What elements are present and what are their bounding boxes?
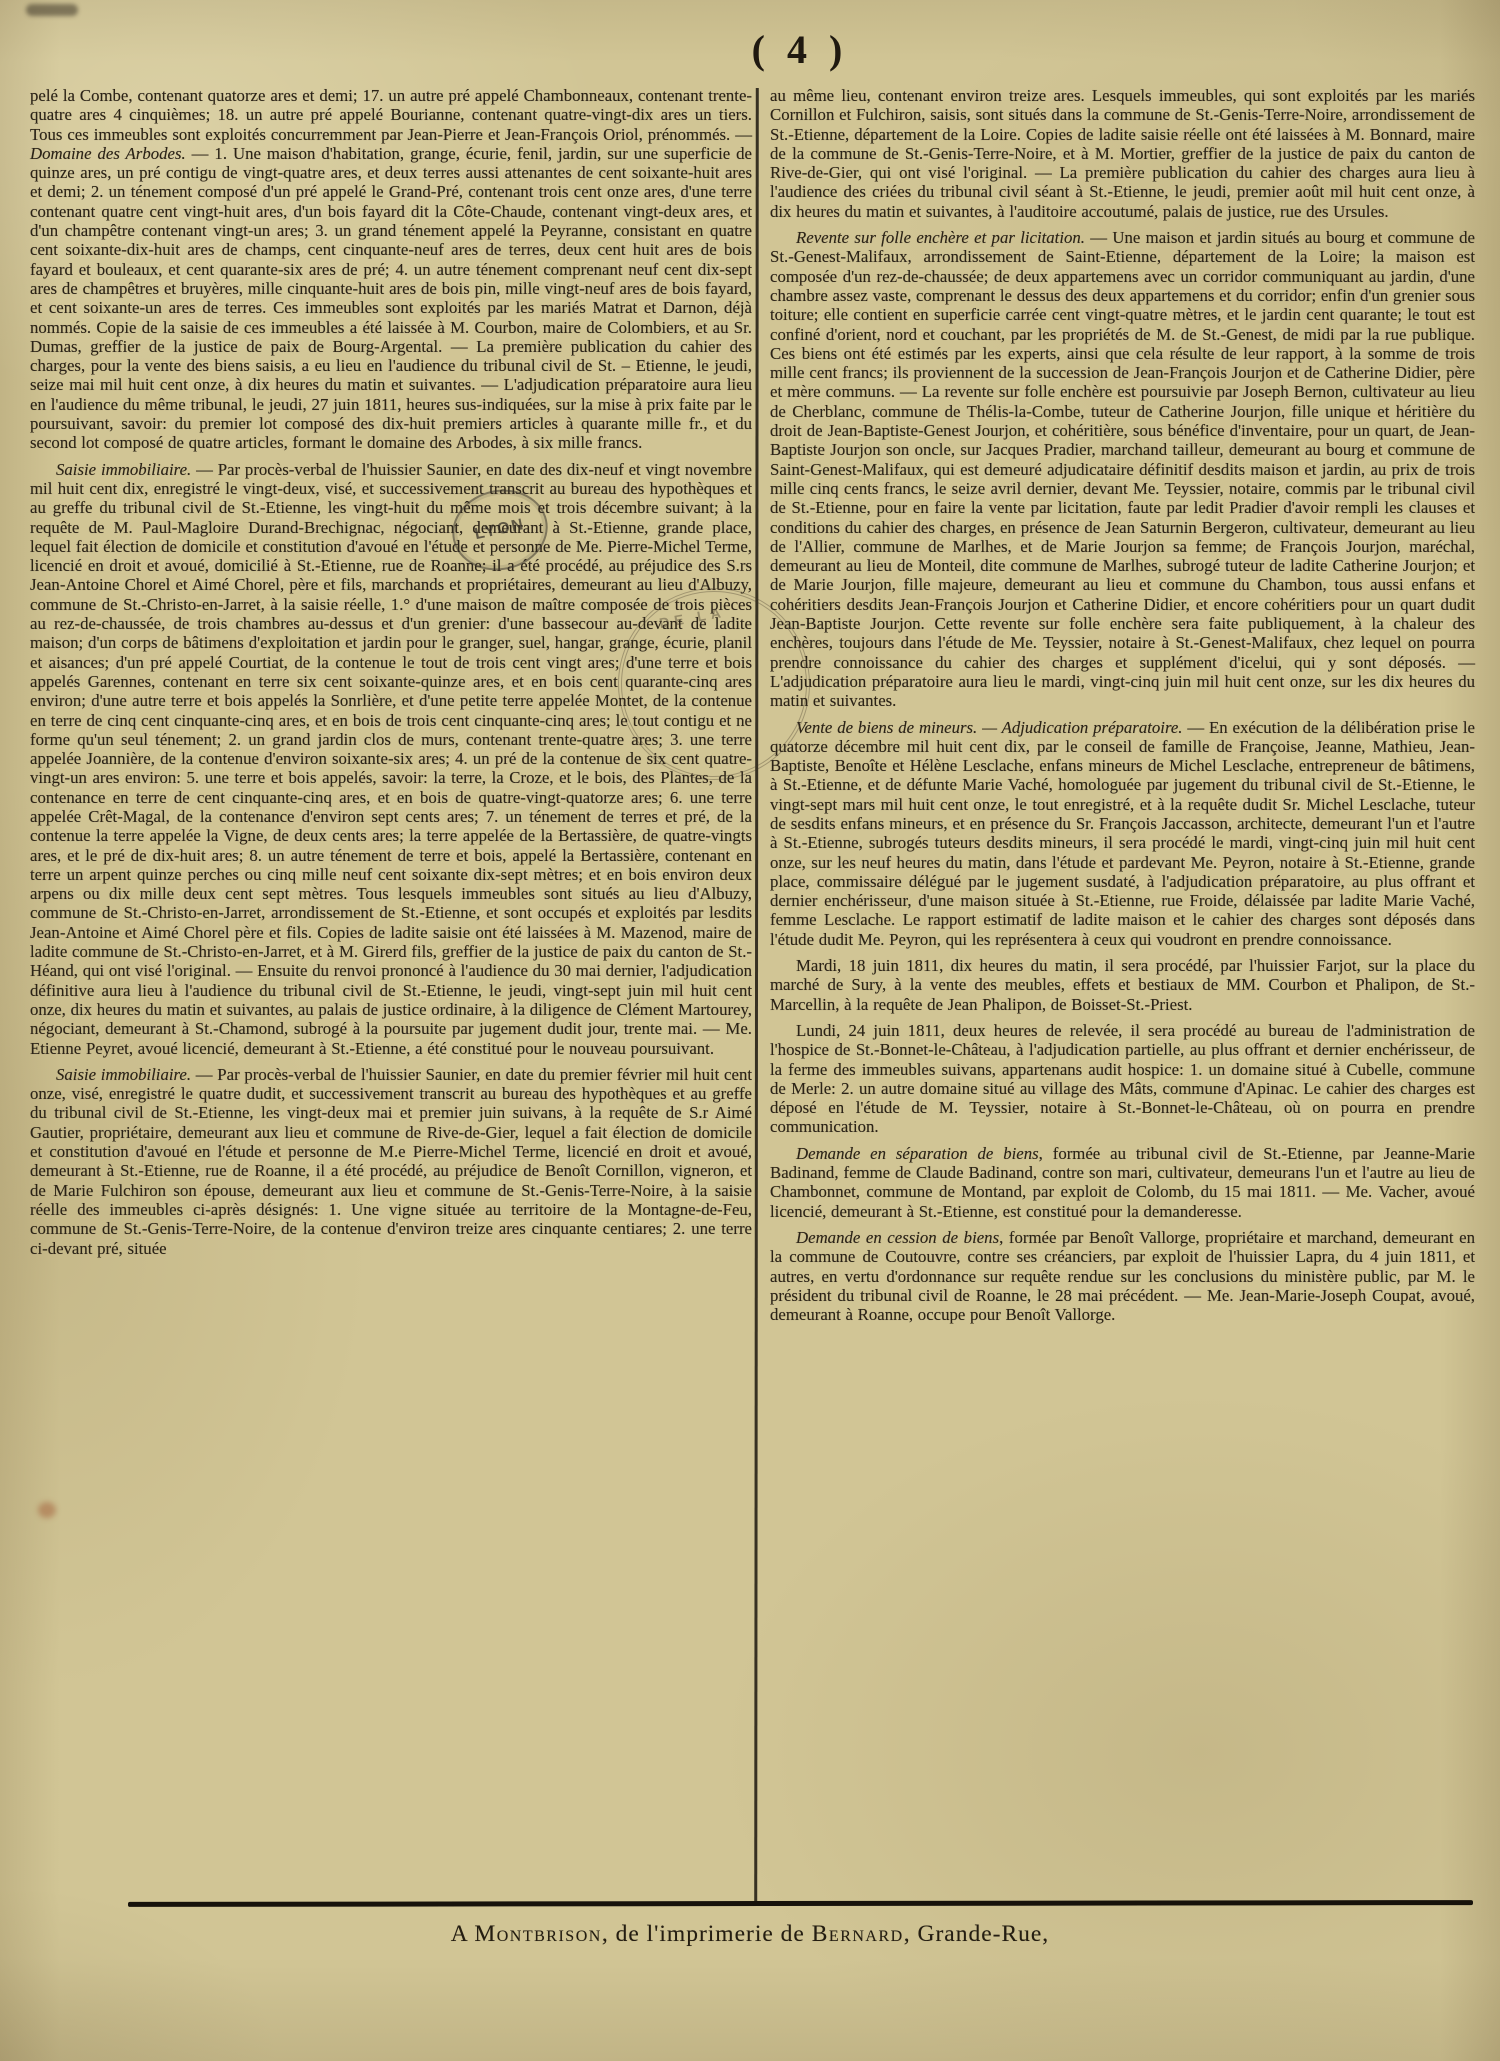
paragraph-text: pelé la Combe, contenant quatorze ares e…: [30, 86, 752, 144]
column-divider-rule: [754, 88, 759, 1904]
paragraph-revente-folle-enchere: Revente sur folle enchère et par licitat…: [770, 228, 1475, 710]
paragraph-lead: Demande en cession de biens: [796, 1228, 999, 1247]
paragraph-text: au même lieu, contenant environ treize a…: [770, 86, 1475, 221]
imprint-city: Montbrison: [474, 1921, 601, 1947]
paragraph-vente-biens-mineurs: Vente de biens de mineurs. — Adjudicatio…: [770, 718, 1475, 950]
paragraph-text: Lundi, 24 juin 1811, deux heures de rele…: [770, 1021, 1475, 1136]
paragraph-cornillon-suite: au même lieu, contenant environ treize a…: [770, 86, 1475, 221]
paragraph-arbodes: pelé la Combe, contenant quatorze ares e…: [30, 86, 752, 453]
imprint-prefix: A: [451, 1921, 475, 1947]
imprint-middle: , de l'imprimerie de: [602, 1921, 812, 1947]
stamp-text: LYON: [473, 516, 527, 544]
paragraph-lead: Saisie immobiliaire.: [56, 1065, 191, 1084]
paragraph-saisie-cornillon: Saisie immobiliaire. — Par procès-verbal…: [30, 1065, 752, 1258]
imprint-line: A Montbrison, de l'imprimerie de Bernard…: [0, 1921, 1500, 1948]
paragraph-text: — 1. Une maison d'habitation, grange, éc…: [30, 144, 752, 452]
paper-stain: [38, 1502, 56, 1518]
paragraph-saisie-chorel: Saisie immobiliaire. — Par procès-verbal…: [30, 460, 752, 1058]
ink-speck: [26, 4, 78, 16]
page-number: ( 4 ): [700, 26, 900, 73]
paragraph-lead: Revente sur folle enchère et par licitat…: [796, 228, 1085, 247]
paragraph-text: Mardi, 18 juin 1811, dix heures du matin…: [770, 956, 1475, 1014]
newspaper-page-scan: { "page": { "number_display": "( 4 )" },…: [0, 0, 1500, 2061]
paragraph-text: — Une maison et jardin situés au bourg e…: [770, 228, 1475, 710]
right-column: au même lieu, contenant environ treize a…: [770, 86, 1475, 1331]
paragraph-cession-de-biens: Demande en cession de biens, formée par …: [770, 1228, 1475, 1324]
paragraph-separation-de-biens: Demande en séparation de biens, formée a…: [770, 1144, 1475, 1221]
imprint-printer: Bernard: [812, 1921, 904, 1947]
paragraph-hospice-st-bonnet: Lundi, 24 juin 1811, deux heures de rele…: [770, 1021, 1475, 1137]
paragraph-text: — Par procès-verbal de l'huissier Saunie…: [30, 460, 752, 1058]
footer-rule: [128, 1900, 1473, 1907]
paragraph-text: — En exécution de la délibération prise …: [770, 718, 1475, 949]
paragraph-text: — Par procès-verbal de l'huissier Saunie…: [30, 1065, 752, 1258]
paragraph-lead: Vente de biens de mineurs. — Adjudicatio…: [796, 718, 1183, 737]
paragraph-lead: Demande en séparation de biens: [796, 1144, 1039, 1163]
paragraph-lead: Saisie immobiliaire.: [56, 460, 191, 479]
paragraph-vente-sury: Mardi, 18 juin 1811, dix heures du matin…: [770, 956, 1475, 1014]
paragraph-italic-phrase: Domaine des Arbodes.: [30, 144, 186, 163]
imprint-suffix: , Grande-Rue,: [904, 1921, 1049, 1947]
